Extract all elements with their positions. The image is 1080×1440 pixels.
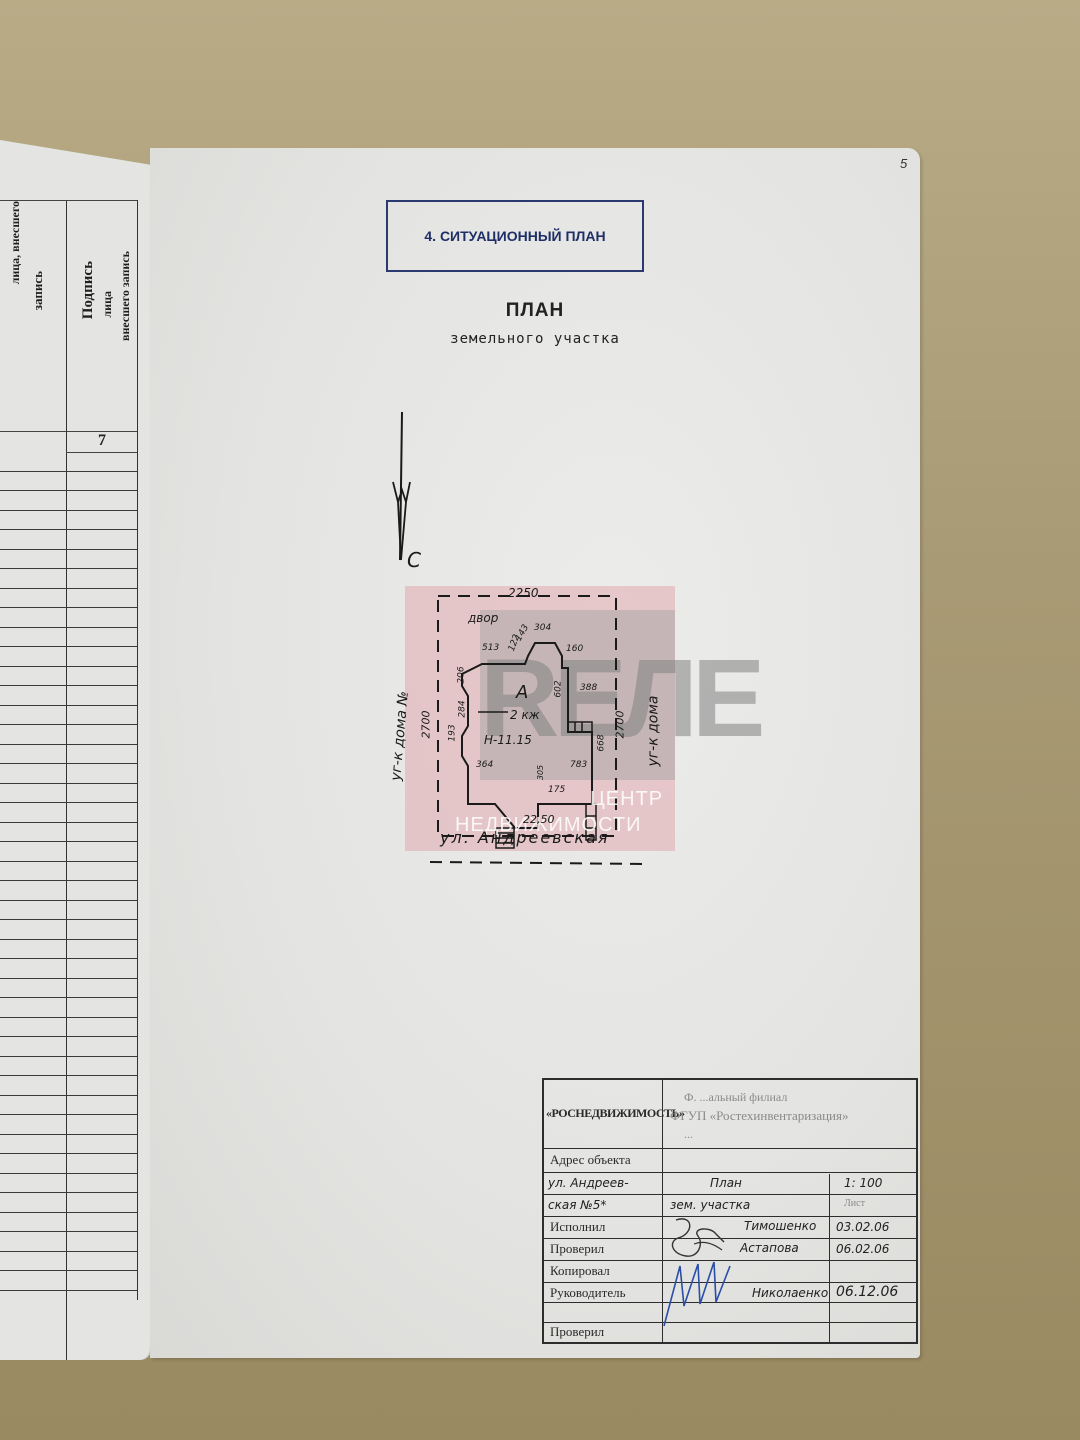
- main-page: 5 4. СИТУАЦИОННЫЙ ПЛАН ПЛАН земельного у…: [150, 148, 920, 1358]
- stamp-sheet: Лист: [844, 1198, 865, 1209]
- table-row: [0, 589, 138, 609]
- stamp-role-executed: Исполнил: [550, 1219, 605, 1235]
- building-floors: 2 кж: [510, 708, 540, 722]
- stamp-date-head: 06.12.06: [836, 1284, 898, 1300]
- stamp-date-checked: 06.02.06: [836, 1242, 889, 1256]
- north-label: С: [407, 548, 421, 572]
- table-row: [0, 881, 138, 901]
- table-row: [0, 1135, 138, 1155]
- stamp-scale: 1: 100: [844, 1176, 882, 1190]
- table-row: [0, 530, 138, 550]
- table-row: [0, 764, 138, 784]
- segment-783: 783: [570, 760, 587, 770]
- segment-602: 602: [554, 680, 564, 697]
- stamp-role-reviewed: Проверил: [550, 1324, 604, 1340]
- stamp-address-label: Адрес объекта: [550, 1152, 631, 1168]
- table-row: [0, 1018, 138, 1038]
- stamp-org-line2: ФГУП «Ростехинвентаризация»: [670, 1108, 848, 1124]
- yard-label: двор: [468, 611, 498, 625]
- title-block-stamp: «РОСНЕДВИЖИМОСТЬ» Ф. ...альный филиал ФГ…: [542, 1078, 918, 1344]
- table-row: [0, 940, 138, 960]
- watermark-text-center: ЦЕНТР: [590, 788, 663, 811]
- segment-206: 206: [457, 666, 467, 683]
- segment-160: 160: [566, 644, 583, 654]
- stamp-role-checked: Проверил: [550, 1241, 604, 1257]
- table-row: [0, 569, 138, 589]
- table-row: [0, 1037, 138, 1057]
- left-page: лица, внесшего запись Подпись лица внесш…: [0, 135, 152, 1360]
- plan-subtitle: земельного участка: [150, 331, 920, 347]
- table-row: [0, 472, 138, 492]
- table-row: [0, 1174, 138, 1194]
- stamp-date-executed: 03.02.06: [836, 1220, 889, 1234]
- table-row: [0, 998, 138, 1018]
- table-row: [0, 1096, 138, 1116]
- stamp-org-line1: Ф. ...альный филиал: [684, 1090, 787, 1105]
- table-row: [0, 979, 138, 999]
- segment-305: 305: [536, 765, 545, 780]
- plan-title: ПЛАН: [150, 300, 920, 322]
- table-row: [0, 452, 138, 472]
- table-row: [0, 491, 138, 511]
- street-line: [430, 858, 650, 866]
- left-dimension: 2700: [420, 711, 433, 739]
- right-dimension: 2700: [614, 711, 627, 739]
- table-row: [0, 608, 138, 628]
- table-row: [0, 842, 138, 862]
- stamp-role-head: Руководитель: [550, 1285, 626, 1301]
- table-row: [0, 1252, 138, 1272]
- segment-175: 175: [548, 785, 565, 795]
- table-row: [0, 823, 138, 843]
- stamp-address-line1: ул. Андреев-: [548, 1176, 629, 1190]
- bottom-dimension: 22,50: [523, 813, 555, 826]
- table-row: [0, 1076, 138, 1096]
- top-dimension: 2250: [508, 586, 539, 600]
- north-arrow-icon: [386, 410, 416, 570]
- table-row: [0, 1115, 138, 1135]
- stamp-role-copied: Копировал: [550, 1263, 610, 1279]
- table-row: [0, 784, 138, 804]
- header-col2-line2: лица: [100, 291, 115, 318]
- table-row: [0, 862, 138, 882]
- section-title: 4. СИТУАЦИОННЫЙ ПЛАН: [386, 200, 644, 272]
- stamp-name-head: Николаенко: [752, 1286, 828, 1300]
- header-col1-top: лица, внесшего: [8, 201, 23, 284]
- table-row: [0, 920, 138, 940]
- table-row: [0, 1057, 138, 1077]
- street-label: ул. Андреевская: [440, 828, 610, 847]
- column-number: 7: [66, 432, 138, 453]
- stamp-org-line3: ...: [684, 1127, 693, 1142]
- header-col2-line3: внесшего запись: [118, 251, 133, 341]
- page-number: 5: [900, 156, 907, 171]
- table-rows: [0, 452, 138, 1291]
- table-row: [0, 550, 138, 570]
- stamp-doc-name-2: зем. участка: [670, 1198, 750, 1212]
- stamp-doc-name-1: План: [710, 1176, 742, 1190]
- table-row: [0, 1154, 138, 1174]
- segment-304: 304: [534, 623, 551, 633]
- right-neighbor-label: уг-к дома: [645, 696, 661, 767]
- table-row: [0, 1232, 138, 1252]
- register-table: лица, внесшего запись Подпись лица внесш…: [0, 200, 138, 432]
- header-col1: запись: [30, 271, 46, 310]
- table-row: [0, 647, 138, 667]
- header-col2-line1: Подпись: [80, 261, 97, 319]
- table-row: [0, 745, 138, 765]
- building-height: Н-11.15: [484, 733, 532, 747]
- table-row: [0, 959, 138, 979]
- table-header: лица, внесшего запись Подпись лица внесш…: [0, 200, 138, 432]
- table-row: [0, 1271, 138, 1291]
- segment-513: 513: [482, 643, 499, 653]
- segment-193: 193: [448, 724, 458, 741]
- segment-388: 388: [580, 683, 597, 693]
- segment-668: 668: [597, 734, 607, 751]
- table-row: [0, 667, 138, 687]
- table-row: [0, 628, 138, 648]
- signature-blue-icon: [660, 1256, 750, 1336]
- table-row: [0, 511, 138, 531]
- stamp-address-line2: ская №5*: [548, 1198, 606, 1212]
- stamp-org-logo: «РОСНЕДВИЖИМОСТЬ»: [546, 1106, 684, 1121]
- table-row: [0, 1213, 138, 1233]
- table-row: [0, 686, 138, 706]
- table-row: [0, 725, 138, 745]
- table-row: [0, 803, 138, 823]
- segment-284: 284: [458, 700, 468, 717]
- building-letter: А: [516, 682, 528, 703]
- table-row: [0, 706, 138, 726]
- segment-364: 364: [476, 760, 493, 770]
- stamp-name-executed: Тимошенко: [744, 1219, 816, 1233]
- table-row: [0, 1193, 138, 1213]
- table-row: [0, 901, 138, 921]
